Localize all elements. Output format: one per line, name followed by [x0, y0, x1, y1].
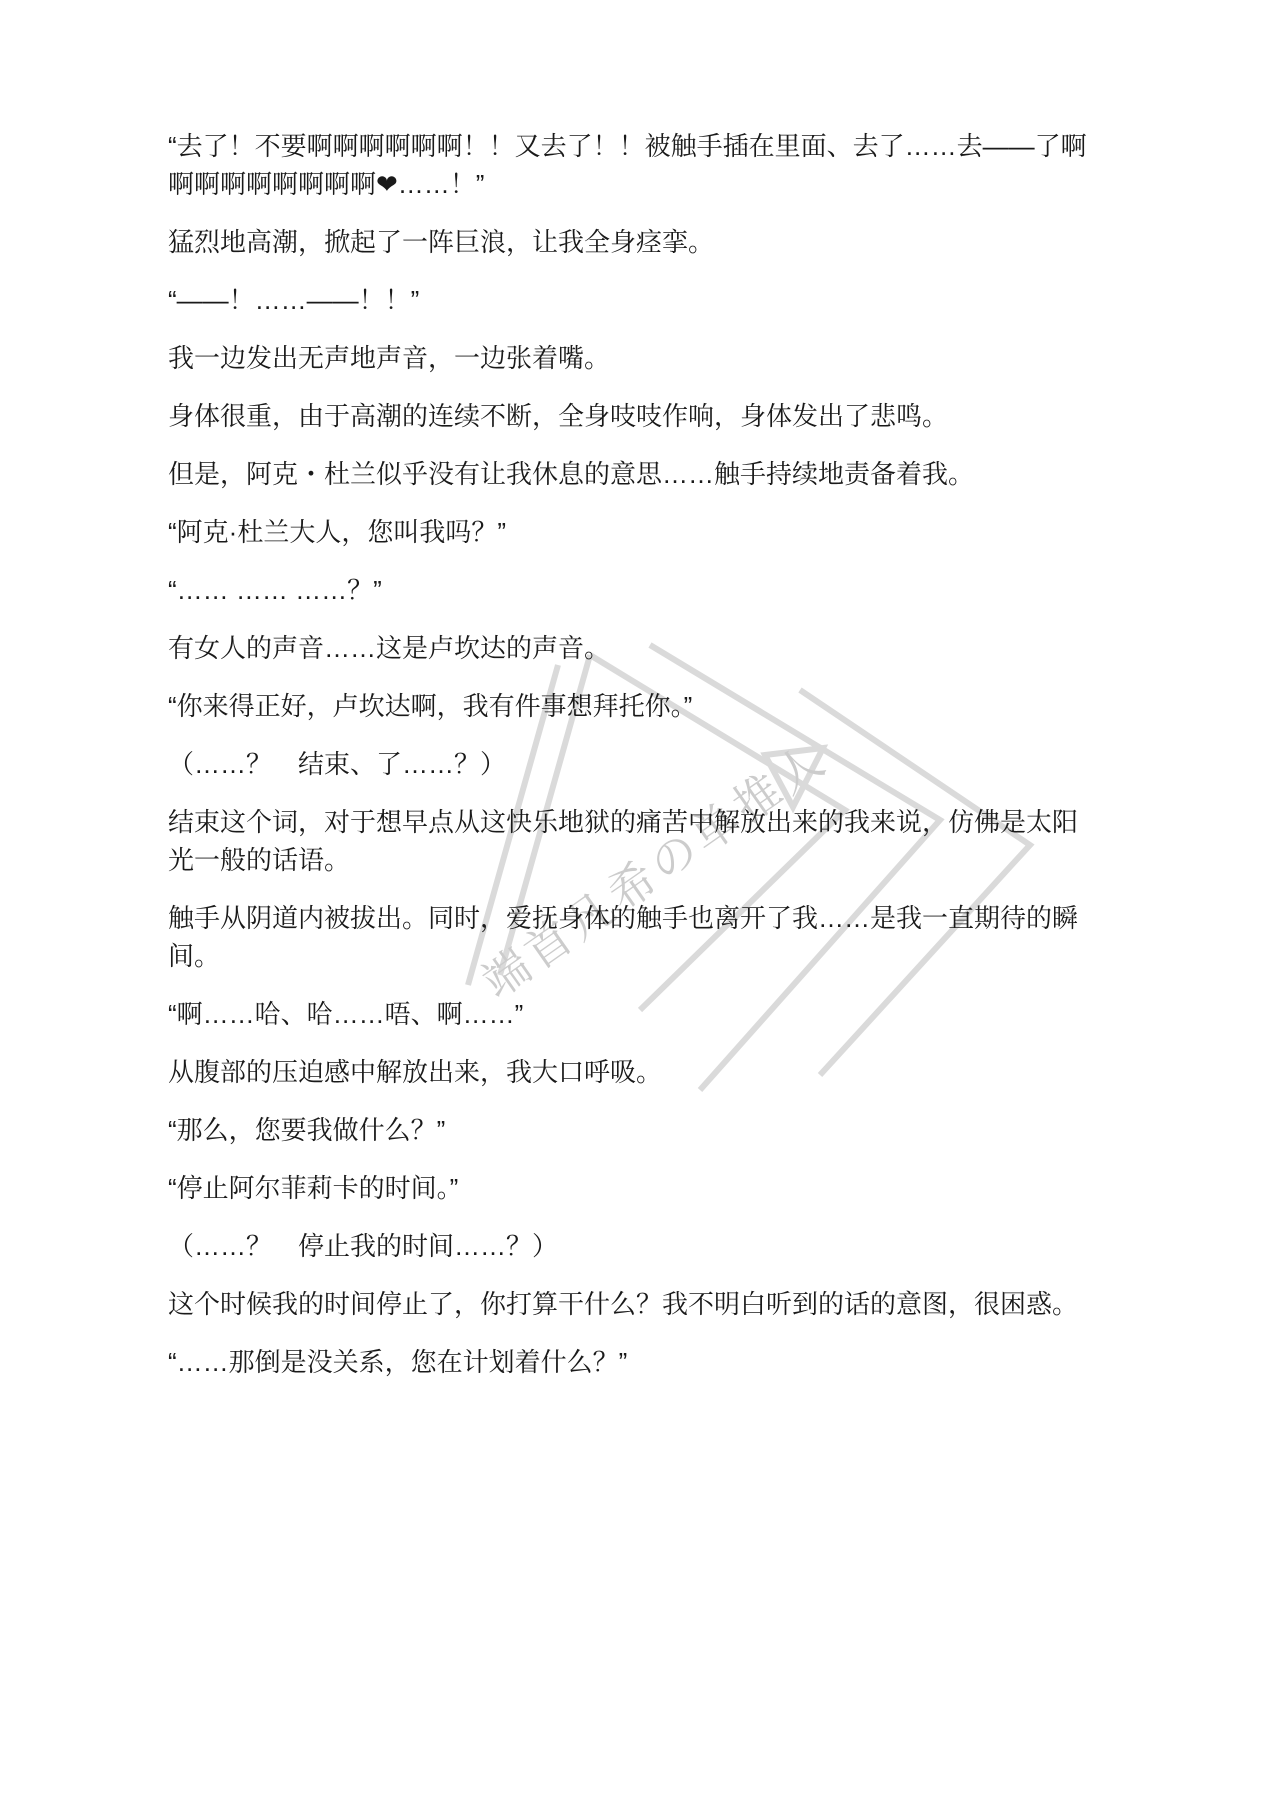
- story-paragraph: 我一边发出无声地声音，一边张着嘴。: [168, 339, 1093, 377]
- story-paragraph: 有女人的声音……这是卢坎达的声音。: [168, 629, 1093, 667]
- story-paragraph: “那么，您要我做什么？”: [168, 1111, 1093, 1149]
- story-paragraph: 从腹部的压迫感中解放出来，我大口呼吸。: [168, 1053, 1093, 1091]
- story-paragraph: 但是，阿克・杜兰似乎没有让我休息的意思……触手持续地责备着我。: [168, 455, 1093, 493]
- story-text: “去了！不要啊啊啊啊啊啊！！又去了！！被触手插在里面、去了……去——了啊啊啊啊啊…: [168, 127, 1093, 1401]
- story-paragraph: （……？ 停止我的时间……？）: [168, 1227, 1093, 1265]
- story-paragraph: “去了！不要啊啊啊啊啊啊！！又去了！！被触手插在里面、去了……去——了啊啊啊啊啊…: [168, 127, 1093, 203]
- story-paragraph: （……？ 结束、了……？）: [168, 745, 1093, 783]
- story-paragraph: “……那倒是没关系，您在计划着什么？”: [168, 1343, 1093, 1381]
- document-page: 端首凡希の单推人 “去了！不要啊啊啊啊啊啊！！又去了！！被触手插在里面、去了………: [0, 0, 1280, 1810]
- story-paragraph: 这个时候我的时间停止了，你打算干什么？我不明白听到的话的意图，很困惑。: [168, 1285, 1093, 1323]
- story-paragraph: “…… …… ……？”: [168, 571, 1093, 609]
- story-paragraph: “你来得正好，卢坎达啊，我有件事想拜托你。”: [168, 687, 1093, 725]
- story-paragraph: 触手从阴道内被拔出。同时，爱抚身体的触手也离开了我……是我一直期待的瞬间。: [168, 899, 1093, 975]
- story-paragraph: “啊……哈、哈……唔、啊……”: [168, 995, 1093, 1033]
- story-paragraph: “——！……——！！”: [168, 281, 1093, 319]
- story-paragraph: 猛烈地高潮，掀起了一阵巨浪，让我全身痉挛。: [168, 223, 1093, 261]
- story-paragraph: “停止阿尔菲莉卡的时间。”: [168, 1169, 1093, 1207]
- story-paragraph: 身体很重，由于高潮的连续不断，全身吱吱作响，身体发出了悲鸣。: [168, 397, 1093, 435]
- story-paragraph: “阿克·杜兰大人，您叫我吗？”: [168, 513, 1093, 551]
- story-paragraph: 结束这个词，对于想早点从这快乐地狱的痛苦中解放出来的我来说，仿佛是太阳光一般的话…: [168, 803, 1093, 879]
